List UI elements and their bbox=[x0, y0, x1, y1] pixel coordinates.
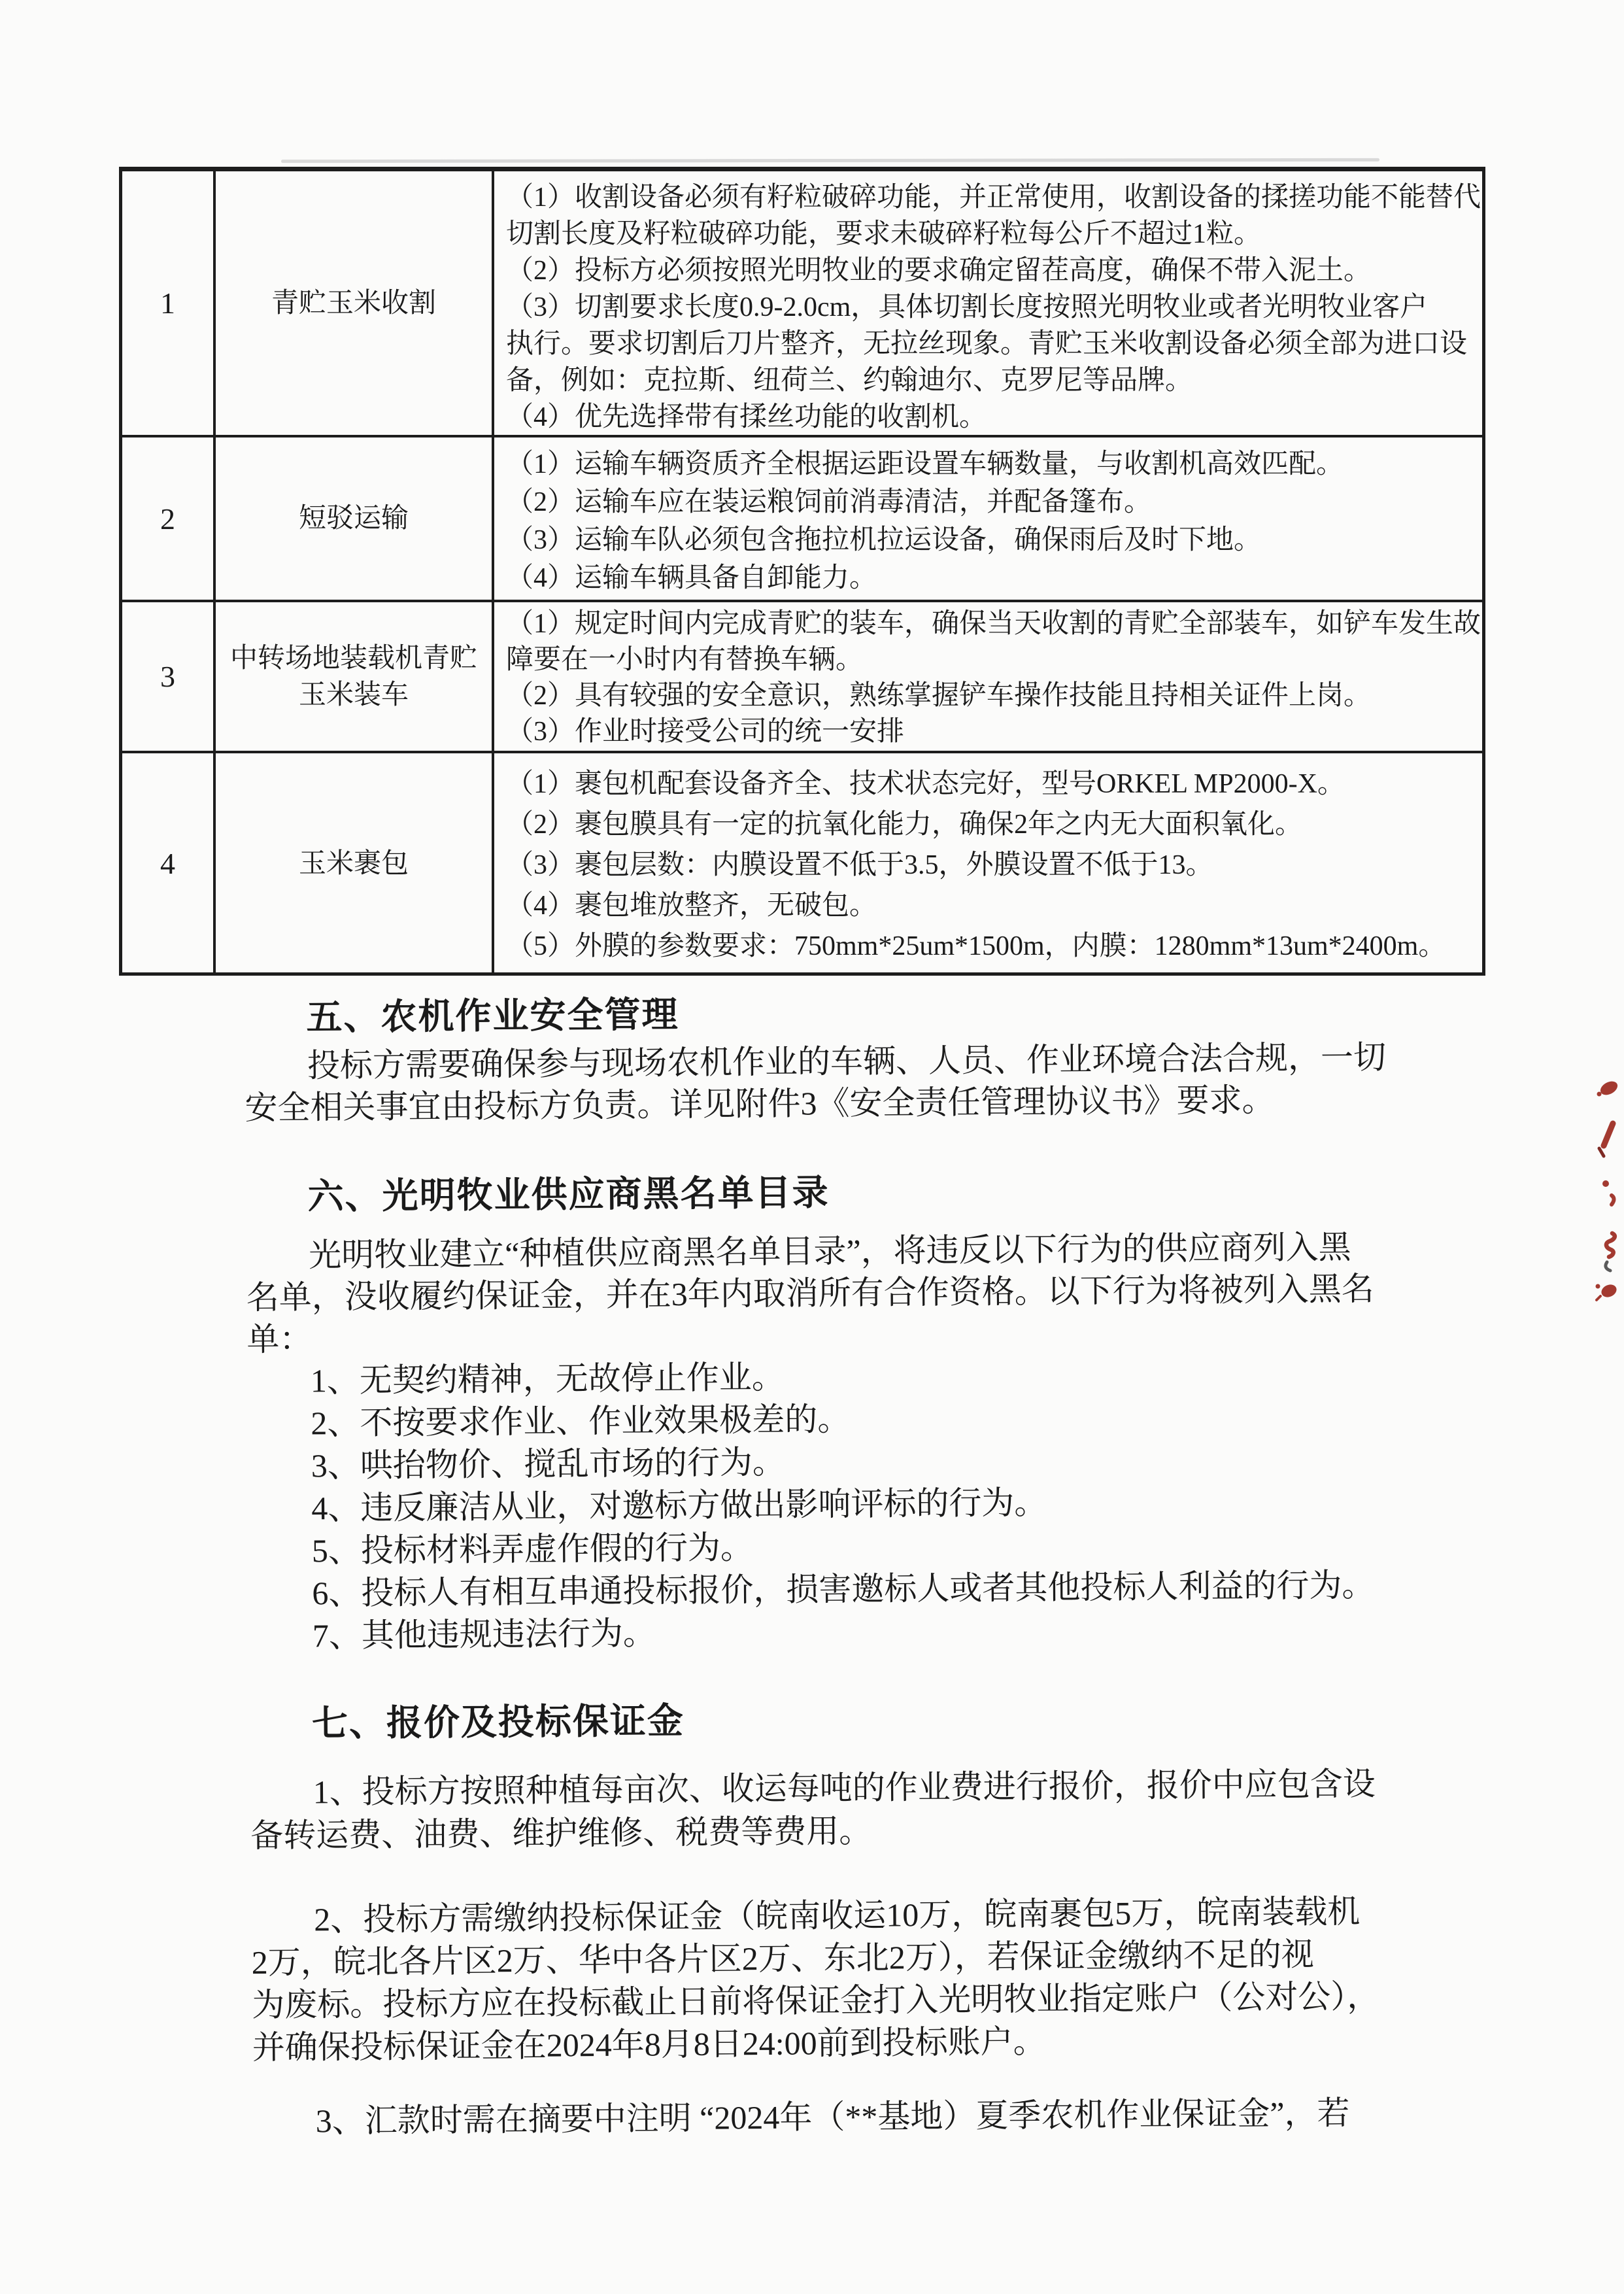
paragraph-line: 3、汇款时需在摘要中注明 “2024年（**基地）夏季农机作业保证金”，若 bbox=[252, 2092, 1349, 2142]
paragraph-line: 1、投标方按照种植每亩次、收运每吨的作业费进行报价，报价中应包含设 bbox=[250, 1762, 1375, 1815]
paragraph: 3、汇款时需在摘要中注明 “2024年（**基地）夏季农机作业保证金”，若 bbox=[252, 2092, 1349, 2142]
paragraph: 光明牧业建立“种植供应商黑名单目录”，将违反以下行为的供应商列入黑 名单，没收履… bbox=[246, 1226, 1374, 1361]
blacklist-items: 1、无契约精神，无故停止作业。 2、不按要求作业、作业效果极差的。 3、哄抬物价… bbox=[247, 1352, 1376, 1658]
paragraph: 2、投标方需缴纳投标保证金（皖南收运10万，皖南裹包5万，皖南装载机 2万，皖北… bbox=[251, 1891, 1380, 2070]
section-heading-7: 七、报价及投标保证金 bbox=[312, 1692, 685, 1746]
list-item: 7、其他违规违法行为。 bbox=[249, 1607, 1375, 1658]
scanned-document-page: 1 青贮玉米收割 （1）收割设备必须有籽粒破碎功能，并正常使用，收割设备的揉搓功… bbox=[0, 0, 1624, 2294]
paragraph: 投标方需要确保参与现场农机作业的车辆、人员、作业环境合法合规，一切 安全相关事宜… bbox=[245, 1036, 1387, 1129]
paragraph-line: 为废标。投标方应在投标截止日前将保证金打入光明牧业指定账户（公对公）， bbox=[252, 1976, 1379, 2027]
list-item: 6、投标人有相互串通投标报价，损害邀标人或者其他投标人利益的行为。 bbox=[248, 1564, 1374, 1616]
red-pen-marks-icon bbox=[1582, 1066, 1624, 1308]
paragraph-line: 安全相关事宜由投标方负责。详见附件3《安全责任管理协议书》要求。 bbox=[245, 1078, 1386, 1129]
paragraph-line: 并确保投标保证金在2024年8月8日24:00前到投标账户。 bbox=[252, 2018, 1380, 2070]
paragraph: 1、投标方按照种植每亩次、收运每吨的作业费进行报价，报价中应包含设 备转运费、油… bbox=[250, 1762, 1376, 1858]
section-heading-6: 六、光明牧业供应商黑名单目录 bbox=[307, 1163, 830, 1219]
paragraph-line: 名单，没收履约保证金，并在3年内取消所有合作资格。以下行为将被列入黑名 bbox=[246, 1268, 1374, 1319]
document-body: 五、农机作业安全管理 投标方需要确保参与现场农机作业的车辆、人员、作业环境合法合… bbox=[0, 0, 1624, 2294]
section-heading-5: 五、农机作业安全管理 bbox=[306, 985, 679, 1040]
paragraph-line: 备转运费、油费、维护维修、税费等费用。 bbox=[250, 1806, 1376, 1858]
